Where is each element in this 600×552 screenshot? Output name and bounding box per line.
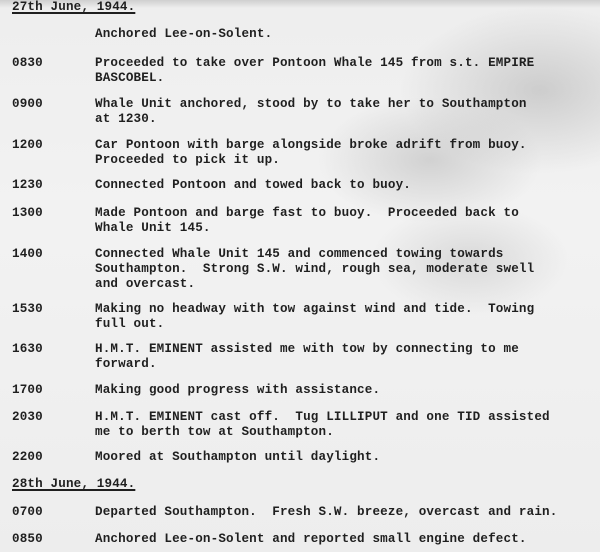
entry-time: 1530 [12, 302, 62, 316]
entry-text: Connected Whale Unit 145 and commenced t… [95, 247, 590, 292]
entry-text: Proceeded to take over Pontoon Whale 145… [95, 56, 590, 86]
entry-time: 2030 [12, 410, 62, 424]
entry-text: Making no headway with tow against wind … [95, 302, 590, 332]
entry-time: 1230 [12, 178, 62, 192]
entry-time: 1400 [12, 247, 62, 261]
entry-time: 0830 [12, 56, 62, 70]
date-heading: 28th June, 1944. [12, 477, 135, 491]
entry-time: 0700 [12, 505, 62, 519]
entry-text: Making good progress with assistance. [95, 383, 590, 398]
entry-time: 0900 [12, 97, 62, 111]
date-heading: 27th June, 1944. [12, 0, 135, 14]
entry-text: Whale Unit anchored, stood by to take he… [95, 97, 590, 127]
entry-text: Departed Southampton. Fresh S.W. breeze,… [95, 505, 590, 520]
entry-time: 0850 [12, 532, 62, 546]
entry-text: Anchored Lee-on-Solent. [95, 27, 590, 42]
entry-time: 1700 [12, 383, 62, 397]
entry-text: H.M.T. EMINENT assisted me with tow by c… [95, 342, 590, 372]
entry-text: H.M.T. EMINENT cast off. Tug LILLIPUT an… [95, 410, 590, 440]
typewritten-log-page: 27th June, 1944. Anchored Lee-on-Solent.… [0, 0, 600, 552]
entry-text: Made Pontoon and barge fast to buoy. Pro… [95, 206, 590, 236]
entry-text: Connected Pontoon and towed back to buoy… [95, 178, 590, 193]
entry-time: 2200 [12, 450, 62, 464]
entry-text: Anchored Lee-on-Solent and reported smal… [95, 532, 590, 547]
entry-time: 1630 [12, 342, 62, 356]
entry-time: 1200 [12, 138, 62, 152]
entry-text: Car Pontoon with barge alongside broke a… [95, 138, 590, 168]
entry-text: Moored at Southampton until daylight. [95, 450, 590, 465]
entry-time: 1300 [12, 206, 62, 220]
